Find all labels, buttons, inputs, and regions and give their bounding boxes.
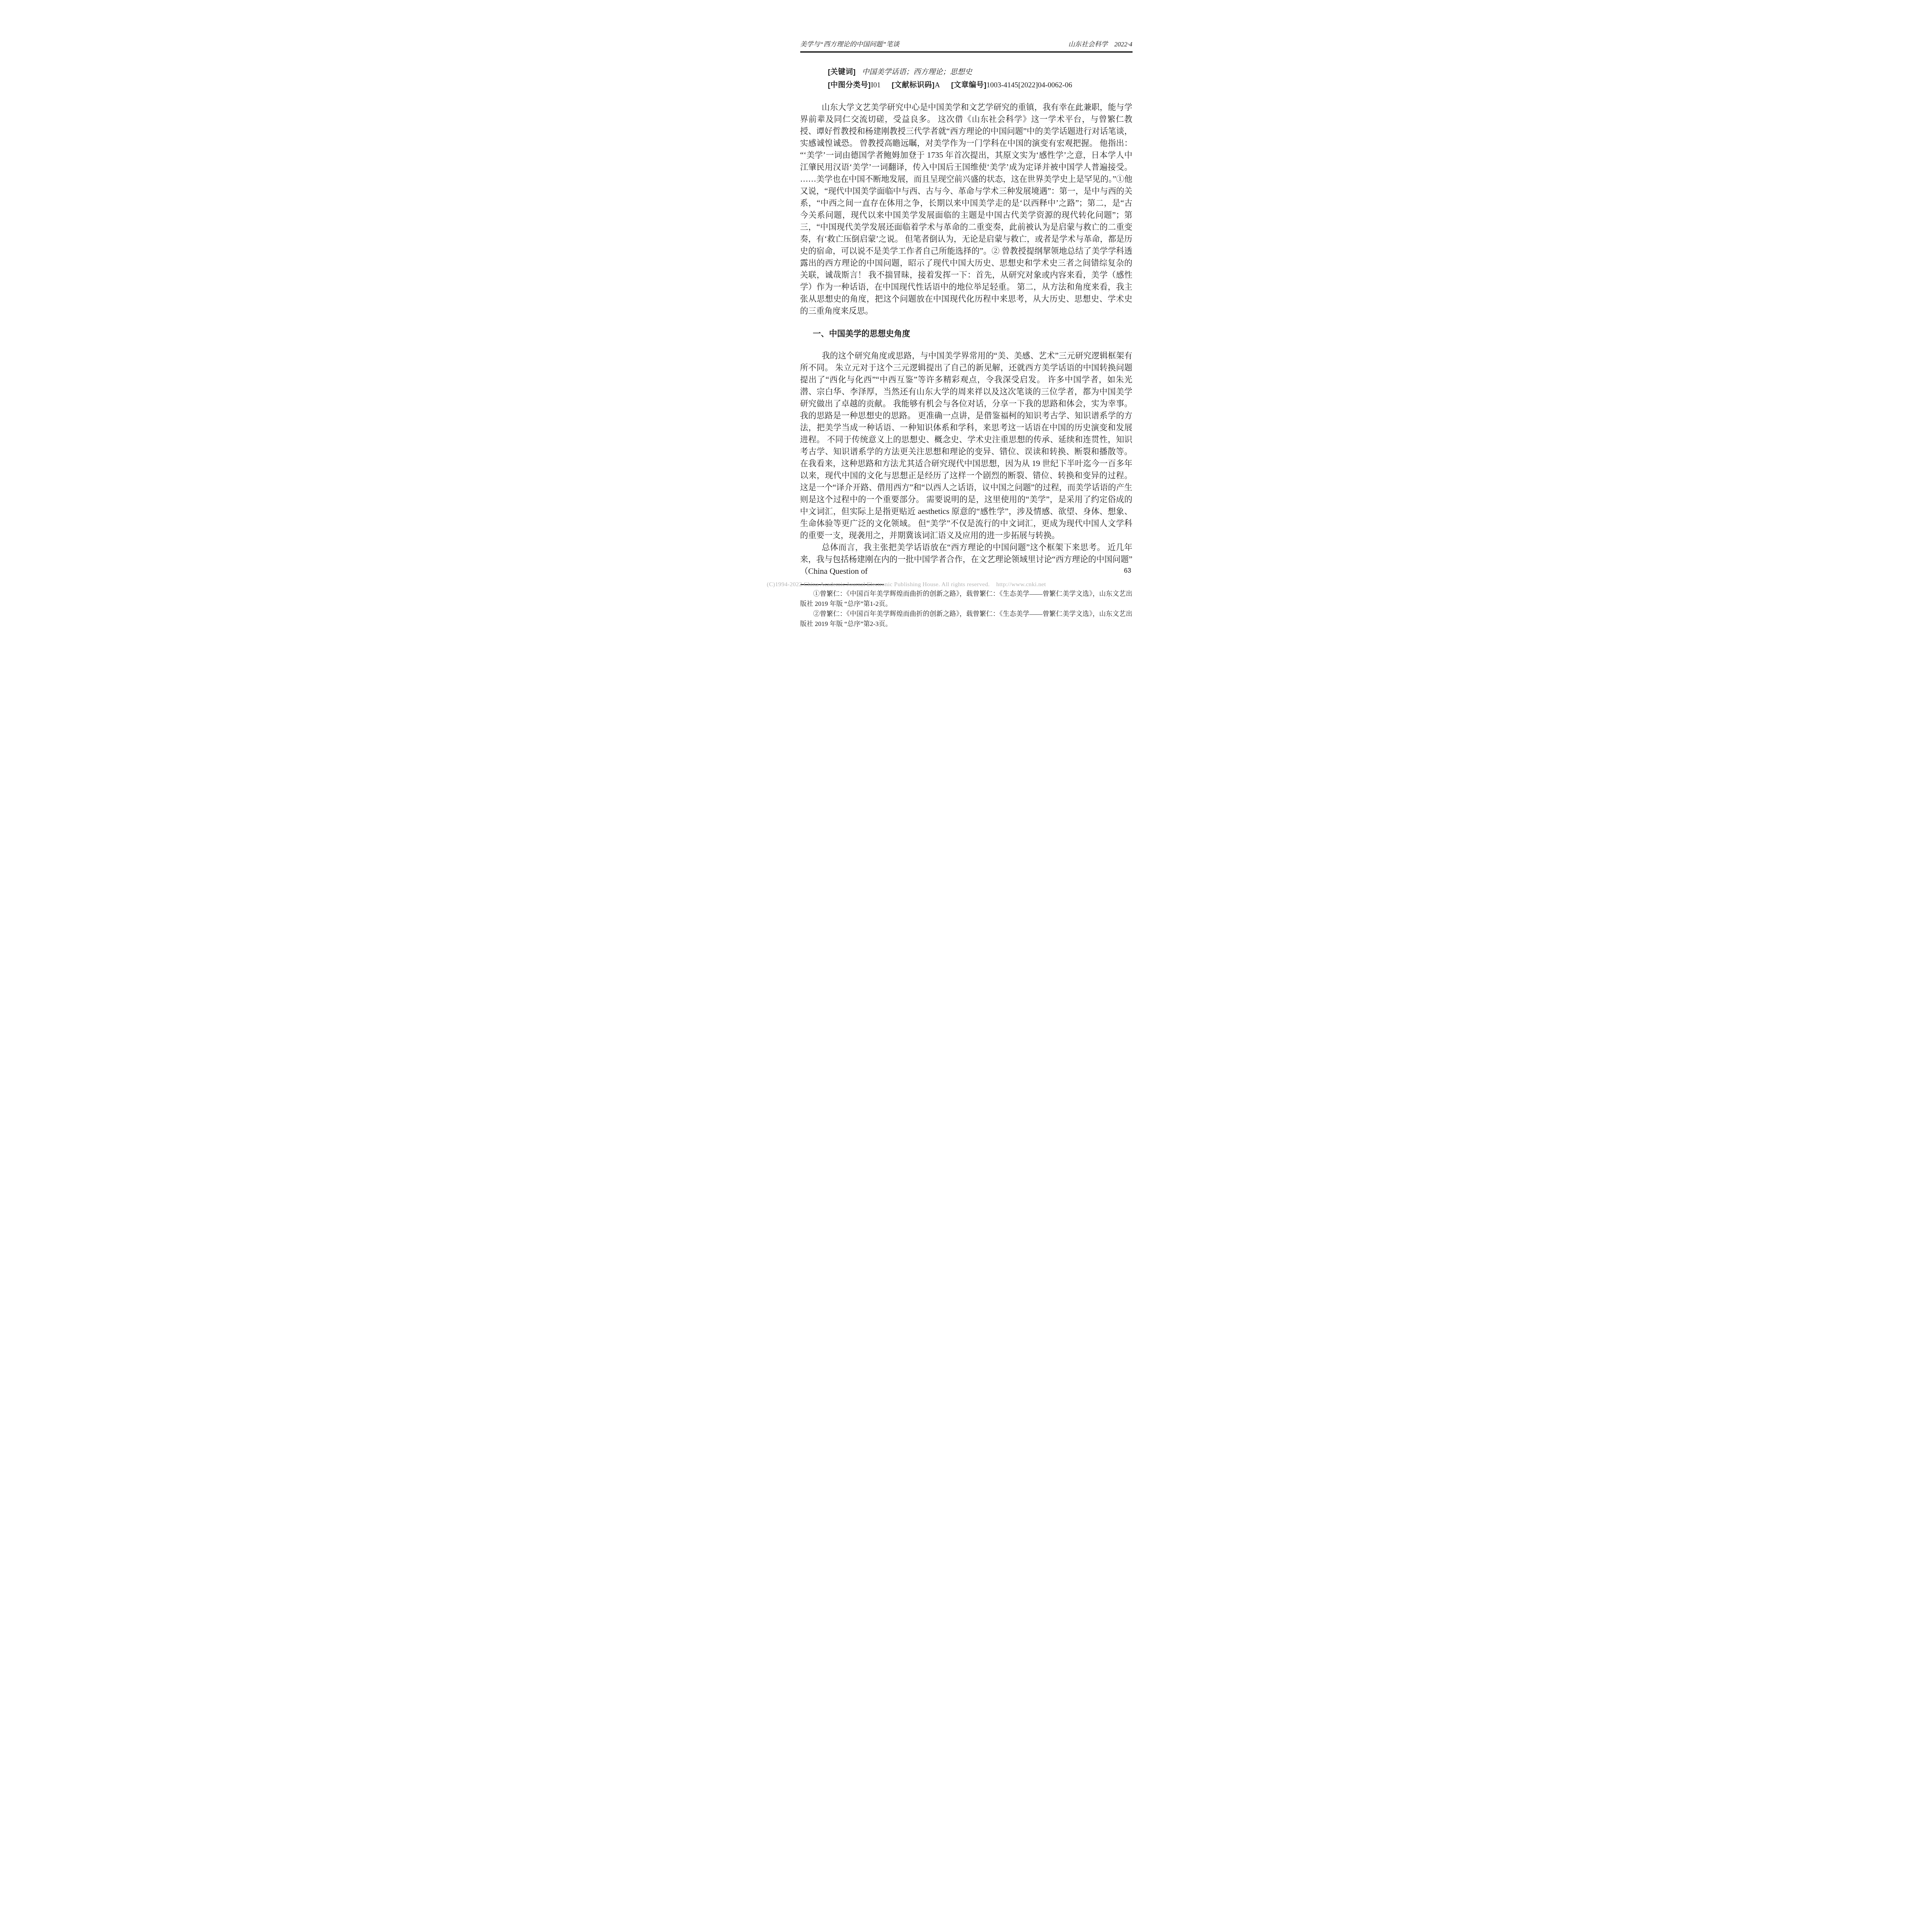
footnote: ①曾繁仁：《中国百年美学辉煌而曲折的创新之路》，载曾繁仁：《生态美学——曾繁仁美… (800, 589, 1133, 609)
article-id-value: 1003-4145[2022]04-0062-06 (986, 81, 1072, 89)
keywords-label: [关键词] (828, 68, 856, 76)
body-paragraph: 山东大学文艺美学研究中心是中国美学和文艺学研究的重镇，我有幸在此兼职，能与学界前… (800, 101, 1133, 317)
header-rule (800, 51, 1133, 53)
clc-pair: [中图分类号]I01 (828, 81, 881, 89)
clc-label: [中图分类号] (828, 81, 871, 89)
running-title: 美学与“西方理论的中国问题”笔谈 (800, 39, 900, 48)
body-paragraph: 总体而言，我主张把美学话语放在“西方理论的中国问题”这个框架下来思考。 近几年来… (800, 541, 1133, 577)
article-id-pair: [文章编号]1003-4145[2022]04-0062-06 (951, 81, 1072, 89)
footnote: ②曾繁仁：《中国百年美学辉煌而曲折的创新之路》，载曾繁仁：《生态美学——曾繁仁美… (800, 609, 1133, 629)
journal-page: 美学与“西方理论的中国问题”笔谈 山东社会科学 2022·4 [关键词]中国美学… (752, 0, 1181, 607)
section-heading: 一、中国美学的思想史角度 (800, 328, 1133, 340)
doc-code-label: [文献标识码] (892, 81, 935, 89)
footnote-list: ①曾繁仁：《中国百年美学辉煌而曲折的创新之路》，载曾繁仁：《生态美学——曾繁仁美… (800, 589, 1133, 629)
doc-code-value: A (935, 81, 940, 89)
footnotes-section: ①曾繁仁：《中国百年美学辉煌而曲折的创新之路》，载曾繁仁：《生态美学——曾繁仁美… (800, 584, 1133, 629)
copyright-footer: (C)1994-2022 China Academic Journal Elec… (767, 581, 1046, 588)
classification-line: [中图分类号]I01 [文献标识码]A [文章编号]1003-4145[2022… (828, 79, 1133, 92)
doc-code-pair: [文献标识码]A (892, 81, 940, 89)
clc-value: I01 (871, 81, 881, 89)
article-id-label: [文章编号] (951, 81, 986, 89)
article-body: 山东大学文艺美学研究中心是中国美学和文艺学研究的重镇，我有幸在此兼职，能与学界前… (800, 101, 1133, 577)
body-paragraph: 我的这个研究角度或思路，与中国美学界常用的“美、美感、艺术”三元研究逻辑框架有所… (800, 350, 1133, 541)
page-number: 63 (1124, 567, 1131, 575)
page-header: 美学与“西方理论的中国问题”笔谈 山东社会科学 2022·4 (800, 39, 1133, 48)
keywords-line: [关键词]中国美学话语；西方理论；思想史 (828, 66, 1133, 79)
journal-issue: 山东社会科学 2022·4 (1068, 39, 1133, 48)
article-meta: [关键词]中国美学话语；西方理论；思想史 [中图分类号]I01 [文献标识码]A… (828, 66, 1133, 92)
keywords-value: 中国美学话语；西方理论；思想史 (862, 68, 972, 76)
